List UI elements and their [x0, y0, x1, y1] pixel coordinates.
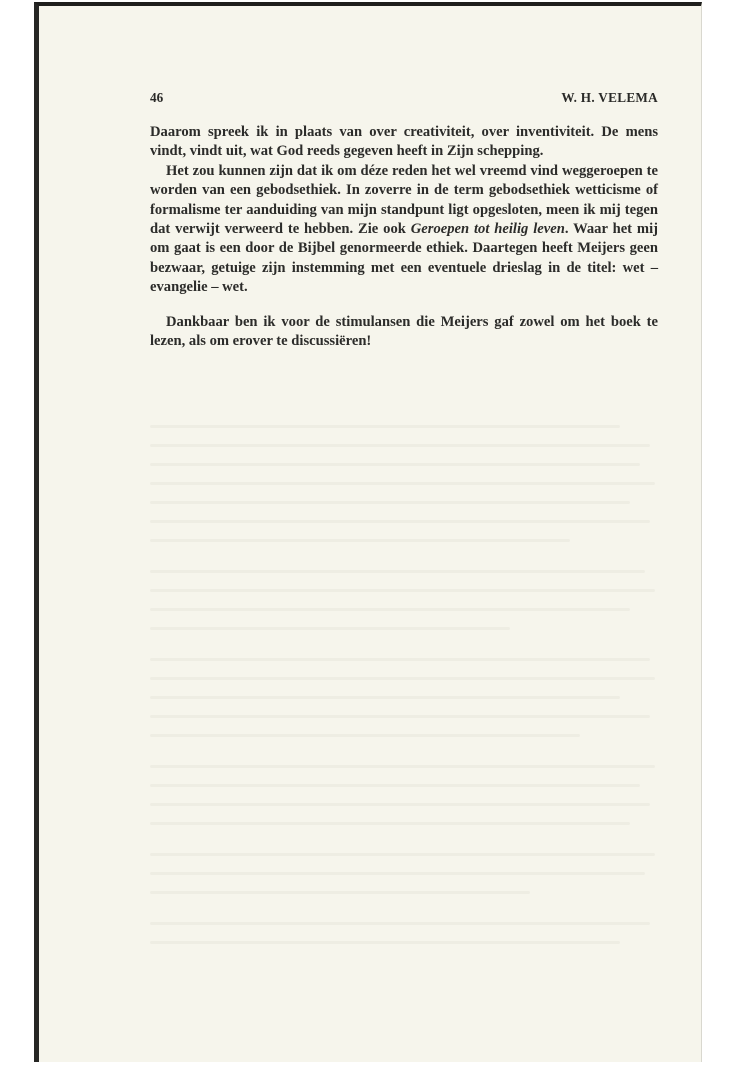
paragraph-2: Het zou kunnen zijn dat ik om déze reden…: [150, 162, 658, 298]
paragraph-1: Daarom spreek ik in plaats van over crea…: [150, 123, 658, 162]
book-title-italic: Geroepen tot heilig leven: [411, 221, 565, 237]
paragraph-3: Dankbaar ben ik voor de stimulansen die …: [150, 313, 658, 352]
page-number: 46: [150, 90, 163, 106]
running-head-author: W. H. VELEMA: [561, 90, 658, 106]
running-head: 46 W. H. VELEMA: [150, 90, 658, 110]
body-text: Daarom spreek ik in plaats van over crea…: [150, 123, 658, 351]
